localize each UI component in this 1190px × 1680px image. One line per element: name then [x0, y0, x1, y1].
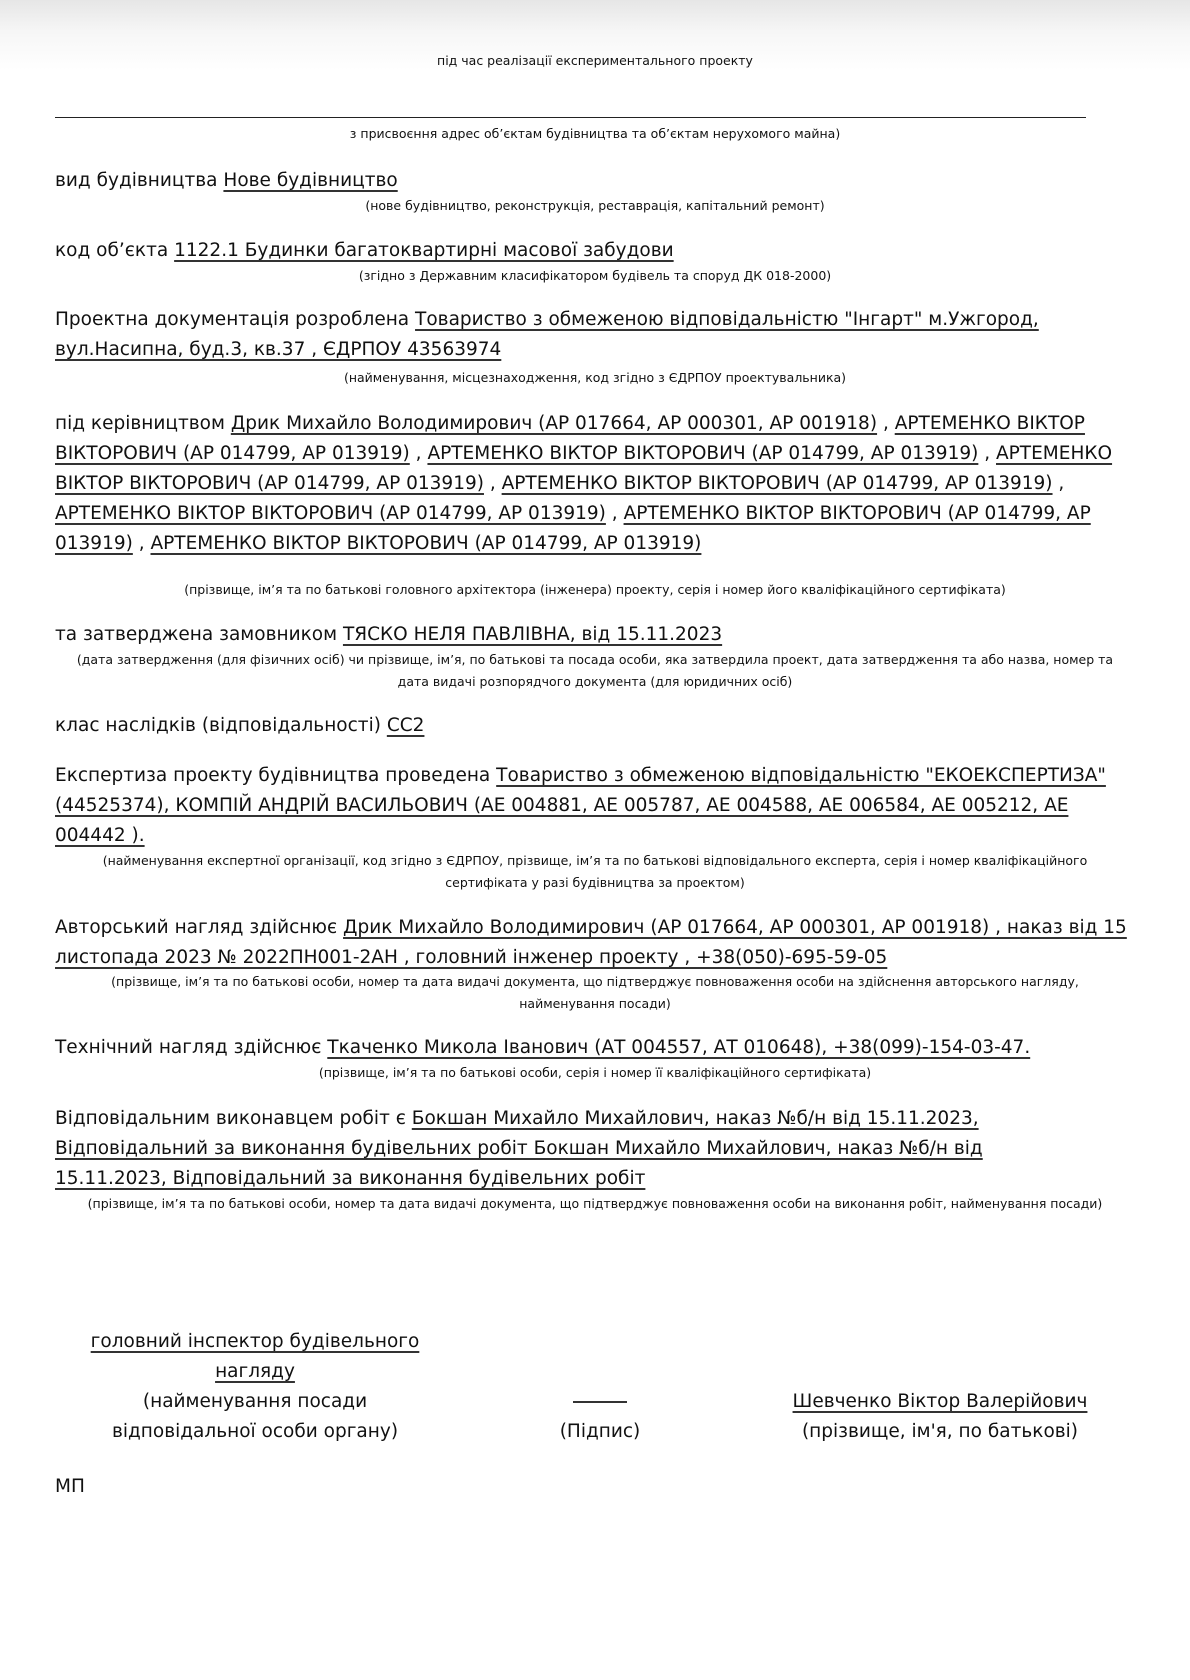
signatory-position-line2: нагляду: [215, 1361, 295, 1382]
blank-line: [55, 117, 1086, 118]
document-subtitle: під час реалізації експериментального пр…: [55, 50, 1135, 72]
supervision-entry: АРТЕМЕНКО ВІКТОР ВІКТОРОВИЧ (АР 014799, …: [55, 503, 606, 524]
expertise-row: Експертиза проекту будівництва проведена…: [55, 761, 1135, 851]
signatory-position-line1: головний інспектор будівельного: [91, 1331, 420, 1352]
consequence-class-row: клас наслідків (відповідальності) СС2: [55, 711, 1135, 741]
supervision-separator: ,: [410, 443, 428, 464]
supervision-separator: ,: [133, 533, 151, 554]
supervision-row: під керівництвом Дрик Михайло Володимиро…: [55, 409, 1135, 559]
expertise-label: Експертиза проекту будівництва проведена: [55, 765, 490, 786]
supervision-entry: Дрик Михайло Володимирович (АР 017664, А…: [231, 413, 877, 434]
construction-type-value: Нове будівництво: [223, 170, 397, 191]
design-docs-hint: (найменування, місцезнаходження, код згі…: [55, 367, 1135, 389]
supervision-separator: ,: [877, 413, 895, 434]
blank-line-caption: з присвоєння адрес об’єктам будівництва …: [55, 123, 1135, 145]
author-supervision-row: Авторський нагляд здійснює Дрик Михайло …: [55, 913, 1135, 973]
approval-row: та затверджена замовником ТЯСКО НЕЛЯ ПАВ…: [55, 620, 1135, 650]
responsible-executor-label: Відповідальним виконавцем робіт є: [55, 1108, 406, 1129]
construction-type-label: вид будівництва: [55, 170, 218, 191]
object-code-hint: (згідно з Державним класифікатором будів…: [55, 265, 1135, 287]
construction-type-row: вид будівництва Нове будівництво: [55, 166, 1135, 196]
object-code-row: код об’єкта 1122.1 Будинки багатоквартир…: [55, 236, 1135, 266]
approval-value: ТЯСКО НЕЛЯ ПАВЛІВНА, від 15.11.2023: [343, 624, 722, 645]
signature-blank-line: [573, 1401, 627, 1403]
stamp-placeholder: МП: [55, 1476, 85, 1497]
supervision-separator: ,: [1053, 473, 1065, 494]
construction-type-hint: (нове будівництво, реконструкція, рестав…: [55, 195, 1135, 217]
technical-supervision-hint: (прізвище, ім’я та по батькові особи, се…: [55, 1062, 1135, 1084]
consequence-class-value: СС2: [387, 715, 425, 736]
signatory-name-block: Шевченко Віктор Валерійович (прізвище, і…: [770, 1387, 1110, 1447]
approval-label: та затверджена замовником: [55, 624, 337, 645]
signatory-name-hint: (прізвище, ім'я, по батькові): [770, 1417, 1110, 1447]
expertise-hint: (найменування експертної організації, ко…: [95, 850, 1095, 894]
technical-supervision-label: Технічний нагляд здійснює: [55, 1037, 321, 1058]
supervision-entry: АРТЕМЕНКО ВІКТОР ВІКТОРОВИЧ (АР 014799, …: [151, 533, 702, 554]
signatory-name: Шевченко Віктор Валерійович: [793, 1391, 1088, 1412]
design-docs-row: Проектна документація розроблена Товарис…: [55, 305, 1135, 365]
technical-supervision-row: Технічний нагляд здійснює Ткаченко Микол…: [55, 1033, 1135, 1063]
author-supervision-label: Авторський нагляд здійснює: [55, 917, 337, 938]
responsible-executor-row: Відповідальним виконавцем робіт є Бокшан…: [55, 1104, 1095, 1194]
object-code-value: 1122.1 Будинки багатоквартирні масової з…: [174, 240, 674, 261]
approval-hint: (дата затвердження (для фізичних осіб) ч…: [65, 649, 1125, 693]
technical-supervision-value: Ткаченко Микола Іванович (АТ 004557, АТ …: [327, 1037, 1030, 1058]
signatory-position-hint-line1: (найменування посади: [65, 1387, 445, 1417]
supervision-entries: Дрик Михайло Володимирович (АР 017664, А…: [55, 413, 1112, 554]
author-supervision-hint: (прізвище, ім’я та по батькові особи, но…: [75, 971, 1115, 1015]
design-docs-label: Проектна документація розроблена: [55, 309, 409, 330]
signature-hint: (Підпис): [535, 1417, 665, 1447]
supervision-separator: ,: [484, 473, 502, 494]
signatory-position-hint-line2: відповідальної особи органу): [65, 1417, 445, 1447]
supervision-separator: ,: [606, 503, 624, 524]
signature-field-block: (Підпис): [535, 1387, 665, 1447]
object-code-label: код об’єкта: [55, 240, 168, 261]
supervision-separator: ,: [978, 443, 996, 464]
responsible-executor-hint: (прізвище, ім’я та по батькові особи, но…: [55, 1193, 1135, 1215]
supervision-hint: (прізвище, ім’я та по батькові головного…: [55, 579, 1135, 601]
signatory-position-block: головний інспектор будівельного нагляду …: [65, 1327, 445, 1447]
supervision-entry: АРТЕМЕНКО ВІКТОР ВІКТОРОВИЧ (АР 014799, …: [502, 473, 1053, 494]
supervision-label: під керівництвом: [55, 413, 225, 434]
consequence-class-label: клас наслідків (відповідальності): [55, 715, 381, 736]
supervision-entry: АРТЕМЕНКО ВІКТОР ВІКТОРОВИЧ (АР 014799, …: [427, 443, 978, 464]
